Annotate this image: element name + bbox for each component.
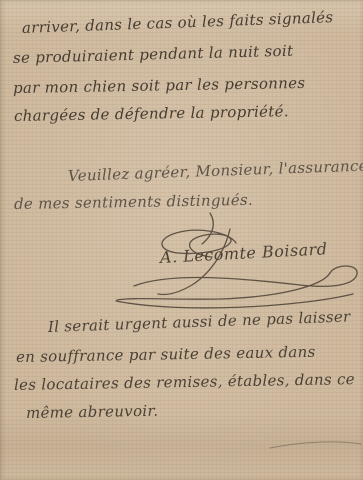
handwritten-line: se produiraient pendant la nuit soit [13, 42, 294, 67]
handwritten-line: arriver, dans le cas où les faits signal… [22, 8, 334, 37]
handwritten-line: par mon chien soit par les personnes [13, 74, 306, 97]
letter-page: arriver, dans le cas où les faits signal… [0, 0, 363, 480]
signature-text: A. Lecomte Boisard [160, 239, 328, 267]
handwritten-line: Il serait urgent aussi de ne pas laisser [48, 307, 351, 336]
handwritten-line: Veuillez agréer, Monsieur, l'assurance [68, 157, 363, 185]
handwritten-line: de mes sentiments distingués. [14, 191, 253, 213]
handwritten-line: en souffrance par suite des eaux dans [16, 343, 316, 366]
pen-stroke [270, 442, 361, 448]
handwritten-line: les locataires des remises, étables, dan… [14, 370, 355, 394]
handwritten-line: même abreuvoir. [26, 402, 159, 422]
handwritten-line: chargées de défendre la propriété. [14, 102, 289, 125]
